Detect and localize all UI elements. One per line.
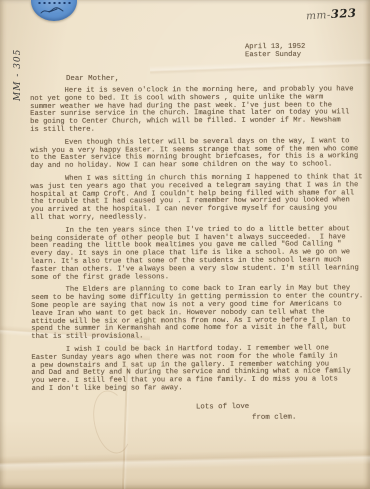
closing-line: Lots of love: [196, 403, 296, 412]
paper-crease: [0, 448, 370, 472]
letter-body: Here it is seven o'clock in the morning …: [30, 86, 370, 398]
closing-block: Lots of love from clem.: [196, 403, 297, 422]
round-blue-sticker: [31, 0, 77, 21]
letter-paragraph: Here it is seven o'clock in the morning …: [30, 86, 370, 135]
signature-line: from clem.: [252, 413, 296, 421]
letter-scan: MM - 305 mm-323 April 13, 1952 Easter Su…: [0, 0, 370, 489]
paper-crease: [150, 58, 370, 75]
date-block: April 13, 1952 Easter Sunday: [245, 43, 306, 59]
archive-code-number: 323: [331, 6, 357, 21]
letter-paragraph: In the ten years since then I've tried t…: [31, 226, 370, 282]
salutation: Dear Mother,: [66, 75, 119, 83]
archive-code-prefix: mm-: [306, 9, 332, 22]
sticker-handwriting-squiggle-icon: [39, 5, 69, 17]
letter-paragraph: The Elders are planning to come back to …: [31, 286, 370, 342]
letter-paragraph: When I was sitting in church this mornin…: [30, 174, 370, 223]
letter-paragraph: Even though this letter will be several …: [30, 138, 370, 171]
left-margin-archive-code: MM - 305: [13, 25, 23, 101]
letter-paragraph: I wish I could be back in Hartford today…: [31, 345, 370, 394]
top-right-archive-code: mm-323: [306, 6, 357, 23]
letter-date-note: Easter Sunday: [245, 51, 305, 59]
